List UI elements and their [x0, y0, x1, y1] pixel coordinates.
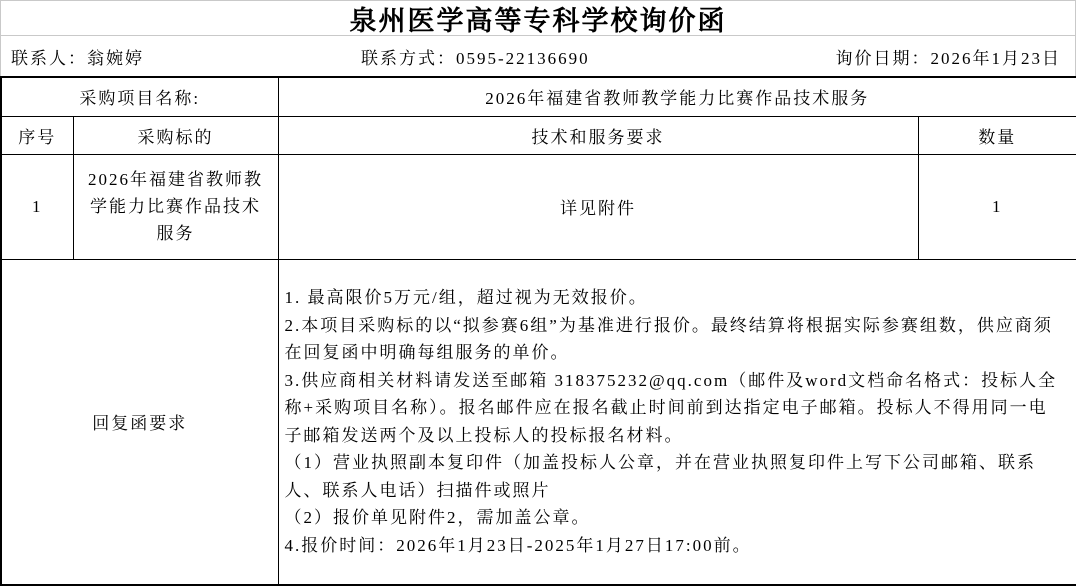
inquiry-date: 询价日期：2026年1月23日 — [775, 44, 1075, 69]
reply-paragraph: （2）报价单见附件2，需加盖公章。 — [285, 504, 1061, 532]
reply-label: 回复函要求 — [1, 259, 278, 585]
item-subject: 2026年福建省教师教学能力比赛作品技术服务 — [73, 154, 278, 259]
item-requirement: 详见附件 — [278, 154, 918, 259]
table-row: 1 2026年福建省教师教学能力比赛作品技术服务 详见附件 1 — [1, 154, 1076, 259]
project-name-value: 2026年福建省教师教学能力比赛作品技术服务 — [278, 77, 1076, 116]
col-header-subject: 采购标的 — [73, 116, 278, 154]
col-header-requirements: 技术和服务要求 — [278, 116, 918, 154]
project-name-label: 采购项目名称: — [1, 77, 278, 116]
contact-info-row: 联系人：翁婉婷 联系方式：0595-22136690 询价日期：2026年1月2… — [1, 36, 1075, 76]
project-name-row: 采购项目名称: 2026年福建省教师教学能力比赛作品技术服务 — [1, 77, 1076, 116]
page-title: 泉州医学高等专科学校询价函 — [350, 0, 727, 38]
reply-paragraph: 4.报价时间：2026年1月23日-2025年1月27日17:00前。 — [285, 532, 1061, 560]
reply-paragraph: 2.本项目采购标的以“拟参赛6组”为基准进行报价。最终结算将根据实际参赛组数，供… — [285, 312, 1061, 367]
contact-method: 联系方式：0595-22136690 — [361, 44, 775, 69]
title-row: 泉州医学高等专科学校询价函 — [1, 1, 1075, 36]
item-no: 1 — [1, 154, 73, 259]
reply-paragraph: 1. 最高限价5万元/组，超过视为无效报价。 — [285, 284, 1061, 312]
inquiry-document-page: 泉州医学高等专科学校询价函 联系人：翁婉婷 联系方式：0595-22136690… — [0, 0, 1076, 586]
table-header-row: 序号 采购标的 技术和服务要求 数量 — [1, 116, 1076, 154]
inquiry-table: 采购项目名称: 2026年福建省教师教学能力比赛作品技术服务 序号 采购标的 技… — [0, 76, 1076, 586]
reply-content-cell: 1. 最高限价5万元/组，超过视为无效报价。 2.本项目采购标的以“拟参赛6组”… — [278, 259, 1076, 585]
item-quantity: 1 — [918, 154, 1076, 259]
col-header-no: 序号 — [1, 116, 73, 154]
reply-requirements-row: 回复函要求 1. 最高限价5万元/组，超过视为无效报价。 2.本项目采购标的以“… — [1, 259, 1076, 585]
reply-paragraph: 3.供应商相关材料请发送至邮箱 318375232@qq.com（邮件及word… — [285, 367, 1061, 450]
reply-paragraph: （1）营业执照副本复印件（加盖投标人公章，并在营业执照复印件上写下公司邮箱、联系… — [285, 449, 1061, 504]
document-header: 泉州医学高等专科学校询价函 联系人：翁婉婷 联系方式：0595-22136690… — [0, 0, 1076, 76]
contact-person: 联系人：翁婉婷 — [1, 44, 361, 69]
col-header-quantity: 数量 — [918, 116, 1076, 154]
